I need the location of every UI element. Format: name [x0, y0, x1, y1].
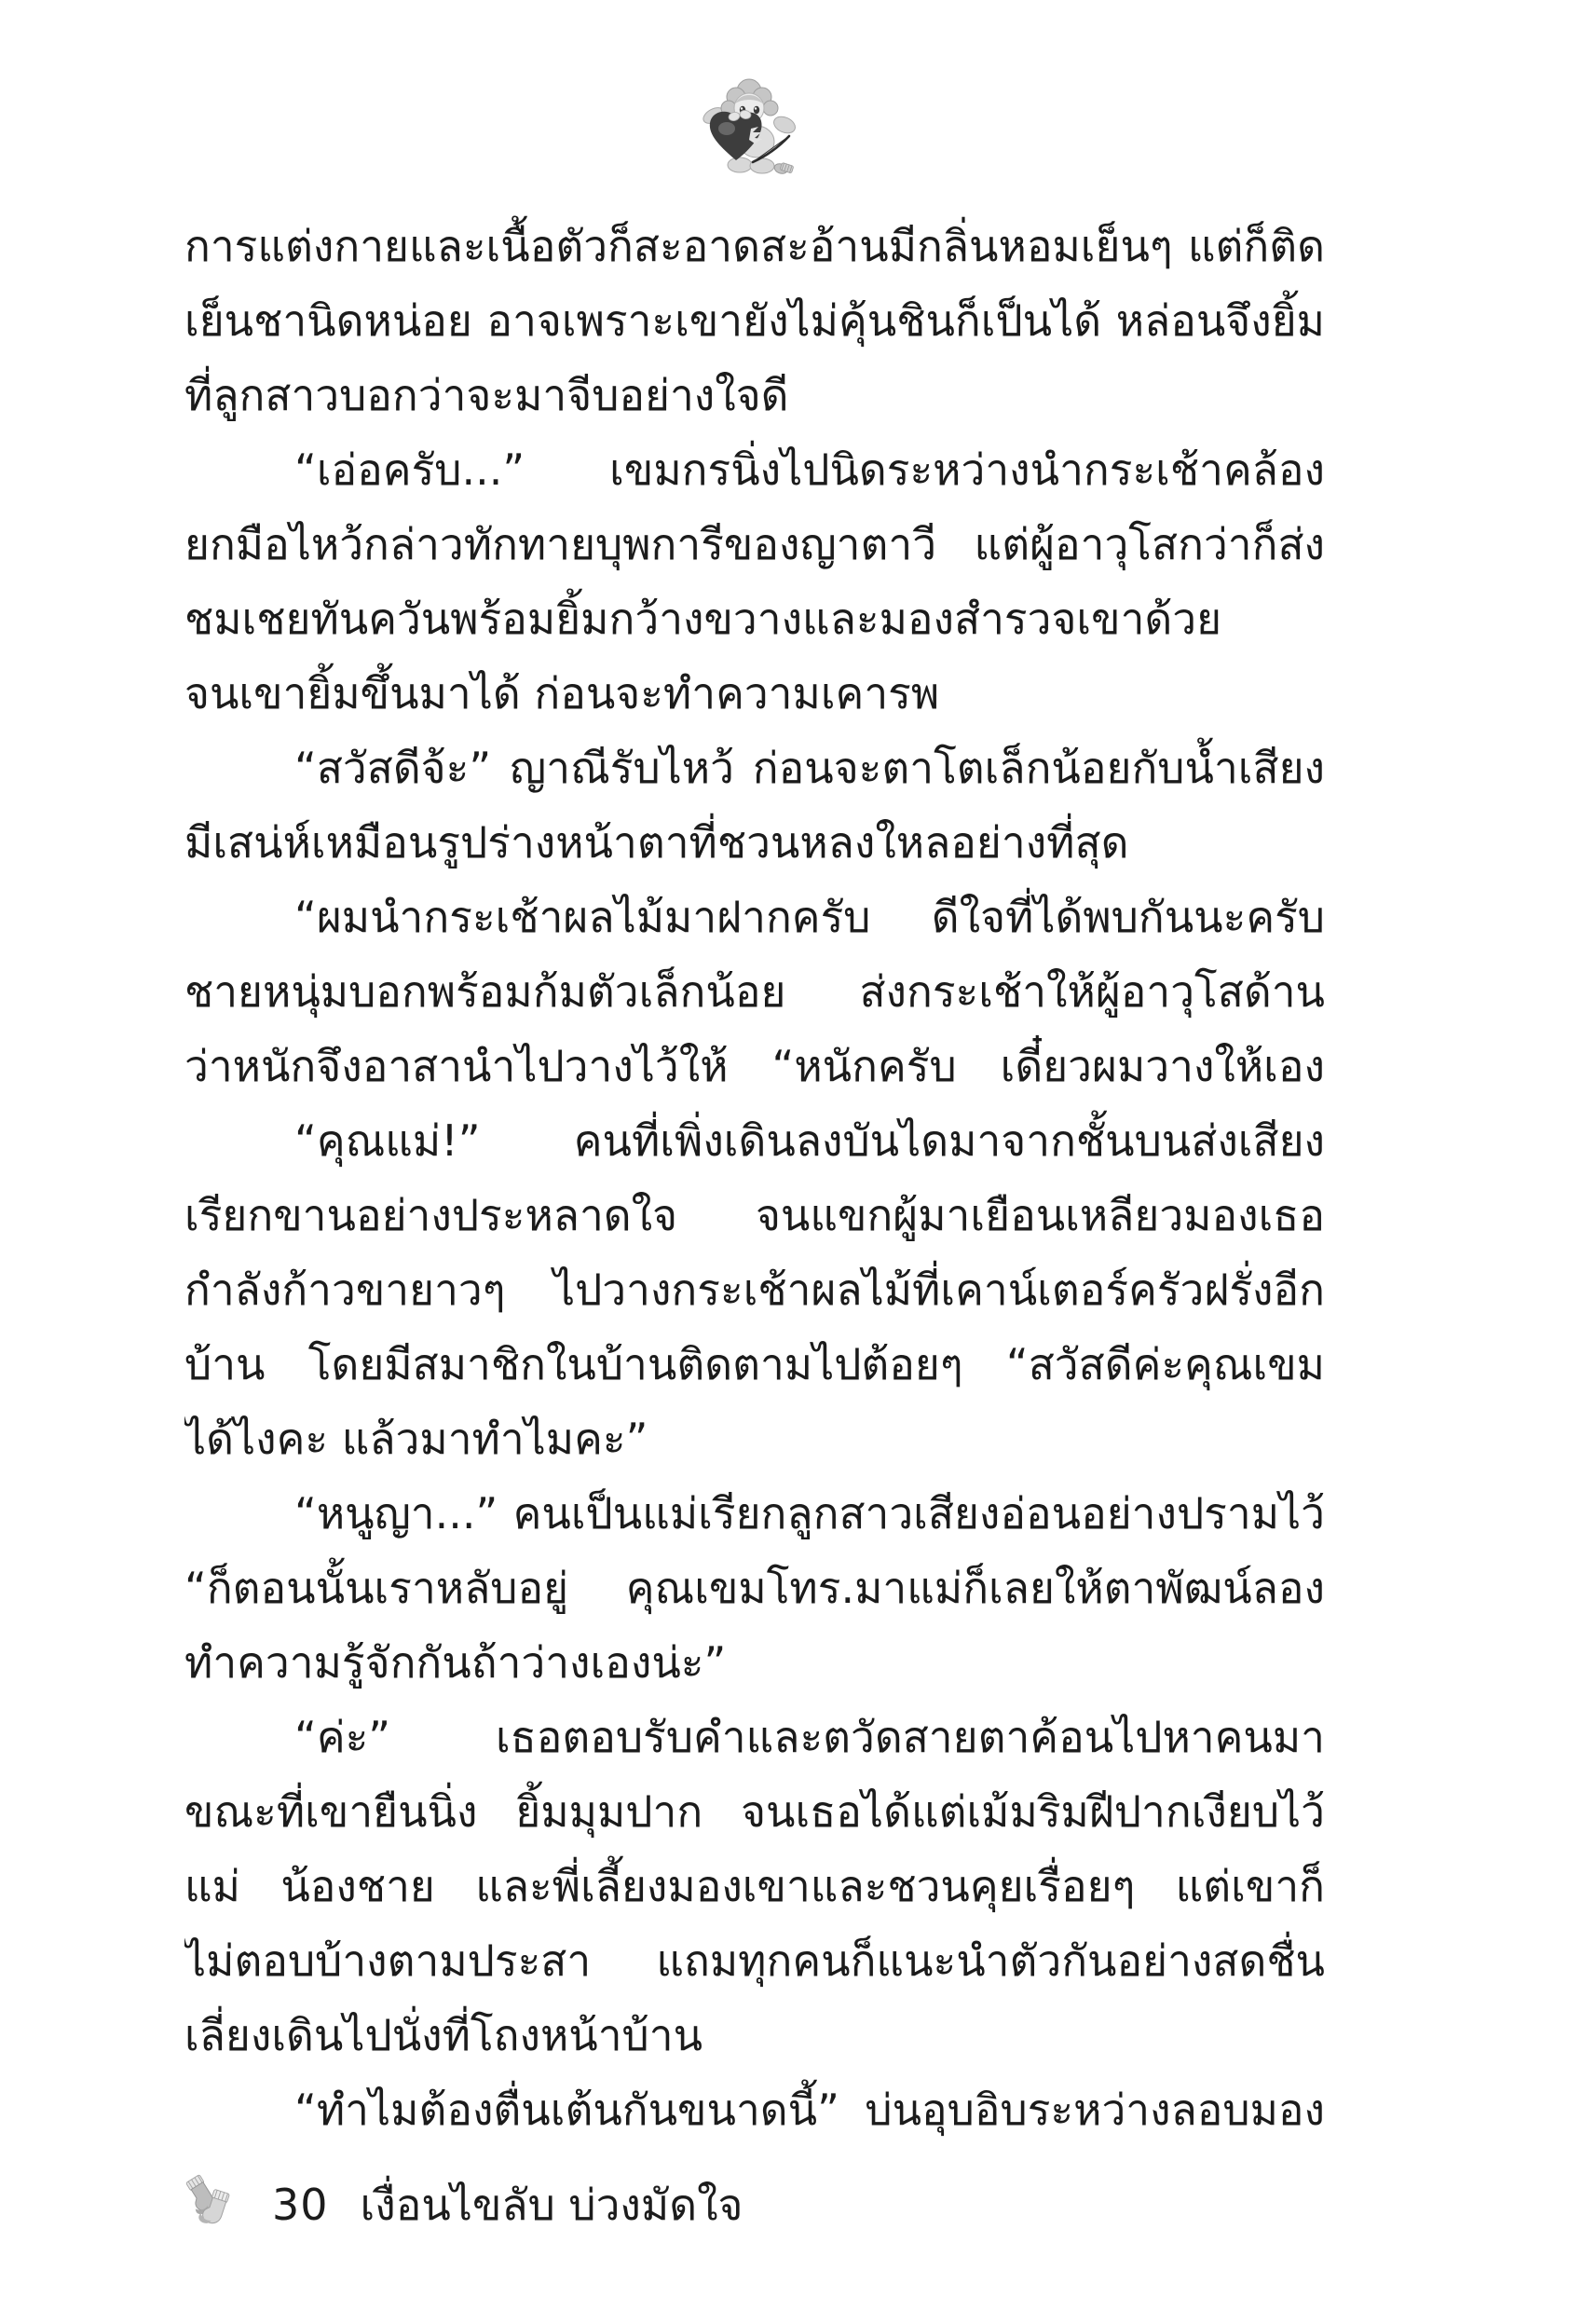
text-line: “ทำไมต้องตื่นเต้นกันขนาดนี้” บ่นอุบอิบระ…	[184, 2072, 1325, 2147]
text-line: ไม่ตอบบ้างตามประสา แถมทุกคนก็แนะนำตัวกัน…	[184, 1923, 1325, 1998]
text-line: แม่ น้องชาย และพี่เลี้ยงมองเขาและชวนคุยเ…	[184, 1849, 1325, 1923]
text-line: การแต่งกายและเนื้อตัวก็สะอาดสะอ้านมีกลิ่…	[184, 209, 1325, 283]
text-line: ว่าหนักจึงอาสานำไปวางไว้ให้ “หนักครับ เด…	[184, 1029, 1325, 1103]
text-line: “ผมนำกระเช้าผลไม้มาฝากครับ ดีใจที่ได้พบก…	[184, 880, 1325, 954]
socks-icon	[183, 2172, 235, 2237]
book-title: เงื่อนไขลับ บ่วงมัดใจ	[361, 2171, 743, 2239]
book-page: { "header": { "ornament": "cupid-hugging…	[0, 0, 1596, 2311]
body-text: การแต่งกายและเนื้อตัวก็สะอาดสะอ้านมีกลิ่…	[184, 209, 1325, 2147]
text-line: ยกมือไหว้กล่าวทักทายบุพการีของญาตาวี แต่…	[184, 507, 1325, 581]
text-line: กำลังก้าวขายาวๆ ไปวางกระเช้าผลไม้ที่เคาน…	[184, 1252, 1325, 1327]
text-line: บ้าน โดยมีสมาชิกในบ้านติดตามไปต้อยๆ “สวั…	[184, 1327, 1325, 1402]
text-line: จนเขายิ้มขึ้นมาได้ ก่อนจะทำความเคารพ	[184, 656, 1325, 731]
text-line: ชายหนุ่มบอกพร้อมก้มตัวเล็กน้อย ส่งกระเช้…	[184, 954, 1325, 1029]
text-line: ชมเชยทันควันพร้อมยิ้มกว้างขวางและมองสำรว…	[184, 581, 1325, 656]
text-line: มีเสน่ห์เหมือนรูปร่างหน้าตาที่ชวนหลงใหลอ…	[184, 805, 1325, 880]
text-line: เรียกขานอย่างประหลาดใจ จนแขกผู้มาเยือนเห…	[184, 1178, 1325, 1252]
page-number: 30	[272, 2180, 329, 2230]
text-line: “สวัสดีจ้ะ” ญาณีรับไหว้ ก่อนจะตาโตเล็กน้…	[184, 731, 1325, 805]
text-line: ได้ไงคะ แล้วมาทำไมคะ”	[184, 1402, 1325, 1476]
text-line: เลี่ยงเดินไปนั่งที่โถงหน้าบ้าน	[184, 1998, 1325, 2072]
page-footer: 30 เงื่อนไขลับ บ่วงมัดใจ	[183, 2167, 743, 2242]
text-line: ขณะที่เขายืนนิ่ง ยิ้มมุมปาก จนเธอได้แต่เ…	[184, 1774, 1325, 1849]
text-line: “คุณแม่!” คนที่เพิ่งเดินลงบันไดมาจากชั้น…	[184, 1103, 1325, 1178]
text-line: ทำความรู้จักกันถ้าว่างเองน่ะ”	[184, 1625, 1325, 1700]
text-line: “หนูญา...” คนเป็นแม่เรียกลูกสาวเสียงอ่อน…	[184, 1476, 1325, 1551]
text-line: ที่ลูกสาวบอกว่าจะมาจีบอย่างใจดี	[184, 358, 1325, 432]
cupid-heart-icon	[699, 75, 799, 181]
text-line: “ก็ตอนนั้นเราหลับอยู่ คุณเขมโทร.มาแม่ก็เ…	[184, 1551, 1325, 1625]
text-line: “ค่ะ” เธอตอบรับคำและตวัดสายตาค้อนไปหาคนม…	[184, 1700, 1325, 1774]
text-line: เย็นชานิดหน่อย อาจเพราะเขายังไม่คุ้นชินก…	[184, 283, 1325, 358]
cupid-heart-image	[699, 75, 799, 181]
text-line: “เอ่อครับ...” เขมกรนิ่งไปนิดระหว่างนำกระ…	[184, 432, 1325, 507]
